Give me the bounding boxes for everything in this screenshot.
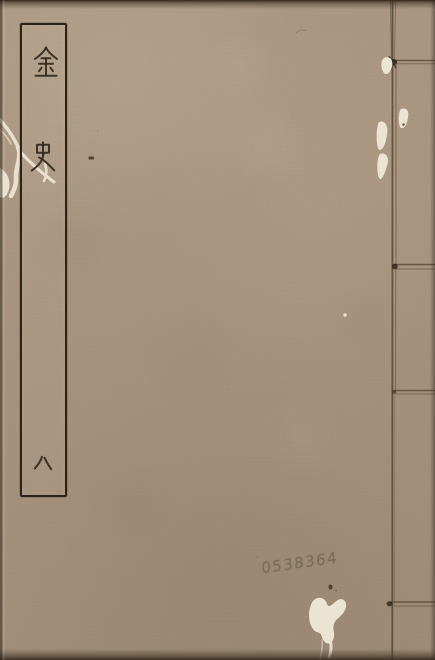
cover-top-edge <box>0 0 435 9</box>
cover-left-edge <box>0 0 6 660</box>
cover-right-edge <box>430 0 435 660</box>
cover-bottom-edge <box>0 649 435 660</box>
book-cover-photo: 0538364 <box>0 0 435 660</box>
photo-vignette <box>0 0 435 660</box>
